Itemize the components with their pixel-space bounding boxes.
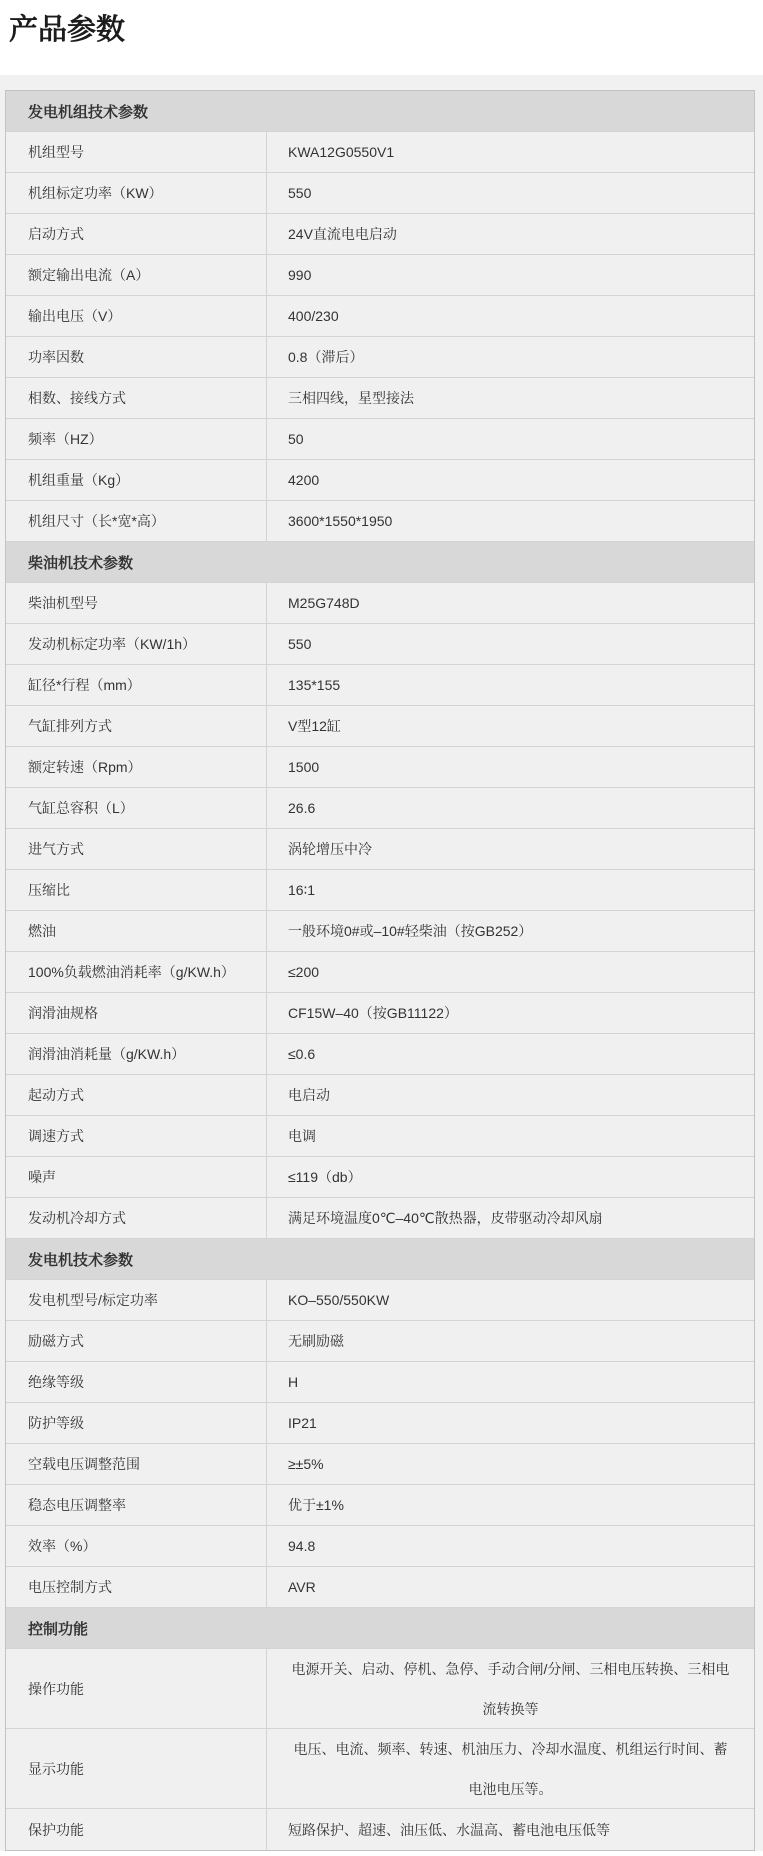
spec-label-cell: 额定转速（Rpm） [6,747,267,787]
spec-label-cell: 气缸排列方式 [6,706,267,746]
spec-label: 气缸排列方式 [28,716,112,736]
section-header-label: 控制功能 [28,1618,88,1639]
spec-value: 满足环境温度0℃–40℃散热器，皮带驱动冷却风扇 [288,1208,603,1228]
spec-value: 电源开关、启动、停机、急停、手动合闸/分闸、三相电压转换、三相电流转换等 [287,1649,734,1729]
spec-label: 保护功能 [28,1820,84,1840]
spec-label: 燃油 [28,921,56,941]
spec-table: 发电机组技术参数机组型号KWA12G0550V1机组标定功率（KW）550启动方… [5,90,755,1851]
spec-row: 励磁方式无刷励磁 [6,1321,754,1362]
spec-value-cell: 50 [267,419,754,459]
spec-value-cell: IP21 [267,1403,754,1443]
spec-label: 电压控制方式 [28,1577,112,1597]
spec-label: 发电机型号/标定功率 [28,1290,158,1310]
spec-value-cell: 3600*1550*1950 [267,501,754,541]
spec-label-cell: 相数、接线方式 [6,378,267,418]
spec-label-cell: 输出电压（V） [6,296,267,336]
spec-label: 机组重量（Kg） [28,470,129,490]
spec-label: 缸径*行程（mm） [28,675,141,695]
spec-row: 额定输出电流（A）990 [6,255,754,296]
spec-label-cell: 功率因数 [6,337,267,377]
spec-label: 额定转速（Rpm） [28,757,142,777]
spec-row: 气缸总容积（L）26.6 [6,788,754,829]
spec-label-cell: 发动机标定功率（KW/1h） [6,624,267,664]
spec-label-cell: 润滑油规格 [6,993,267,1033]
spec-row: 润滑油规格CF15W–40（按GB11122） [6,993,754,1034]
spec-row: 进气方式涡轮增压中冷 [6,829,754,870]
spec-label-cell: 噪声 [6,1157,267,1197]
spec-label: 频率（HZ） [28,429,103,449]
spec-value-cell: 优于±1% [267,1485,754,1525]
spec-row: 防护等级IP21 [6,1403,754,1444]
spec-value-cell: 26.6 [267,788,754,828]
spec-value: 三相四线，星型接法 [288,388,414,408]
spec-value: 4200 [288,472,319,488]
spec-value: 50 [288,431,304,447]
spec-row: 功率因数0.8（滞后） [6,337,754,378]
spec-label: 操作功能 [28,1679,84,1699]
spec-value: ≤200 [288,964,319,980]
spec-label-cell: 防护等级 [6,1403,267,1443]
spec-value-cell: 电调 [267,1116,754,1156]
spec-row: 燃油一般环境0#或–10#轻柴油（按GB252） [6,911,754,952]
spec-value-cell: 电源开关、启动、停机、急停、手动合闸/分闸、三相电压转换、三相电流转换等 [267,1649,754,1728]
spec-label-cell: 柴油机型号 [6,583,267,623]
section-header: 发电机组技术参数 [6,91,754,132]
spec-label-cell: 空载电压调整范围 [6,1444,267,1484]
spec-row: 缸径*行程（mm）135*155 [6,665,754,706]
spec-label: 相数、接线方式 [28,388,126,408]
spec-value: ≤119（db） [288,1167,362,1187]
spec-value-cell: ≤200 [267,952,754,992]
spec-value: 135*155 [288,677,340,693]
spec-label-cell: 燃油 [6,911,267,951]
spec-value-cell: H [267,1362,754,1402]
spec-label: 绝缘等级 [28,1372,84,1392]
spec-label-cell: 压缩比 [6,870,267,910]
spec-value-cell: KO–550/550KW [267,1280,754,1320]
spec-value: CF15W–40（按GB11122） [288,1003,458,1023]
spec-value: 涡轮增压中冷 [288,839,372,859]
spec-label: 进气方式 [28,839,84,859]
spec-row: 100%负载燃油消耗率（g/KW.h）≤200 [6,952,754,993]
spec-label-cell: 启动方式 [6,214,267,254]
spec-label-cell: 进气方式 [6,829,267,869]
spec-label: 稳态电压调整率 [28,1495,126,1515]
spec-value: 400/230 [288,308,339,324]
spec-label-cell: 励磁方式 [6,1321,267,1361]
spec-label-cell: 绝缘等级 [6,1362,267,1402]
spec-row: 起动方式电启动 [6,1075,754,1116]
spec-row: 调速方式电调 [6,1116,754,1157]
spec-value-cell: 满足环境温度0℃–40℃散热器，皮带驱动冷却风扇 [267,1198,754,1238]
spec-row: 空载电压调整范围≥±5% [6,1444,754,1485]
spec-value-cell: 550 [267,624,754,664]
spec-row: 发动机标定功率（KW/1h）550 [6,624,754,665]
spec-row: 发电机型号/标定功率KO–550/550KW [6,1280,754,1321]
spec-row: 发动机冷却方式满足环境温度0℃–40℃散热器，皮带驱动冷却风扇 [6,1198,754,1239]
spec-row: 机组重量（Kg）4200 [6,460,754,501]
spec-value: 优于±1% [288,1495,344,1515]
spec-row: 绝缘等级H [6,1362,754,1403]
spec-value-cell: 550 [267,173,754,213]
spec-label: 效率（%） [28,1536,96,1556]
spec-value-cell: 短路保护、超速、油压低、水温高、蓄电池电压低等 [267,1809,754,1850]
spec-panel: 发电机组技术参数机组型号KWA12G0550V1机组标定功率（KW）550启动方… [0,75,763,1851]
spec-label: 额定输出电流（A） [28,265,149,285]
spec-value-cell: 4200 [267,460,754,500]
section-header: 发电机技术参数 [6,1239,754,1280]
spec-value: AVR [288,1579,316,1595]
spec-row: 机组尺寸（长*宽*高）3600*1550*1950 [6,501,754,542]
spec-row: 启动方式24V直流电电启动 [6,214,754,255]
spec-label-cell: 额定输出电流（A） [6,255,267,295]
spec-label-cell: 气缸总容积（L） [6,788,267,828]
spec-row: 额定转速（Rpm）1500 [6,747,754,788]
spec-value-cell: 24V直流电电启动 [267,214,754,254]
spec-label-cell: 缸径*行程（mm） [6,665,267,705]
spec-value: 电压、电流、频率、转速、机油压力、冷却水温度、机组运行时间、蓄电池电压等。 [287,1729,734,1809]
spec-value-cell: M25G748D [267,583,754,623]
spec-label-cell: 电压控制方式 [6,1567,267,1607]
spec-label: 润滑油消耗量（g/KW.h） [28,1044,185,1064]
spec-value: ≤0.6 [288,1046,315,1062]
spec-row: 保护功能短路保护、超速、油压低、水温高、蓄电池电压低等 [6,1809,754,1850]
section-header-label: 发电机技术参数 [28,1249,133,1270]
spec-value: 短路保护、超速、油压低、水温高、蓄电池电压低等 [288,1820,610,1840]
spec-row: 压缩比16∶1 [6,870,754,911]
spec-value: 0.8（滞后） [288,347,363,367]
section-header-label: 发电机组技术参数 [28,101,148,122]
spec-label-cell: 起动方式 [6,1075,267,1115]
spec-label-cell: 机组型号 [6,132,267,172]
spec-row: 稳态电压调整率优于±1% [6,1485,754,1526]
spec-value: H [288,1374,298,1390]
spec-label-cell: 操作功能 [6,1649,267,1728]
spec-value-cell: 涡轮增压中冷 [267,829,754,869]
section-header: 控制功能 [6,1608,754,1649]
spec-value: 无刷励磁 [288,1331,344,1351]
spec-value-cell: 0.8（滞后） [267,337,754,377]
spec-label-cell: 发动机冷却方式 [6,1198,267,1238]
spec-label: 气缸总容积（L） [28,798,134,818]
spec-value-cell: 94.8 [267,1526,754,1566]
spec-value: 990 [288,267,311,283]
spec-label-cell: 保护功能 [6,1809,267,1850]
spec-value-cell: 一般环境0#或–10#轻柴油（按GB252） [267,911,754,951]
spec-row: 效率（%）94.8 [6,1526,754,1567]
spec-label-cell: 润滑油消耗量（g/KW.h） [6,1034,267,1074]
spec-row: 润滑油消耗量（g/KW.h）≤0.6 [6,1034,754,1075]
spec-label: 输出电压（V） [28,306,121,326]
spec-label: 机组尺寸（长*宽*高） [28,511,165,531]
spec-label: 励磁方式 [28,1331,84,1351]
spec-row: 噪声≤119（db） [6,1157,754,1198]
spec-value: 电调 [288,1126,316,1146]
spec-row: 频率（HZ）50 [6,419,754,460]
spec-label-cell: 调速方式 [6,1116,267,1156]
spec-label: 润滑油规格 [28,1003,98,1023]
spec-value: V型12缸 [288,716,341,736]
spec-value: 1500 [288,759,319,775]
spec-label: 显示功能 [28,1759,84,1779]
spec-value-cell: AVR [267,1567,754,1607]
spec-value-cell: ≤0.6 [267,1034,754,1074]
spec-value: M25G748D [288,595,360,611]
spec-row: 机组型号KWA12G0550V1 [6,132,754,173]
spec-value-cell: 无刷励磁 [267,1321,754,1361]
spec-value-cell: 135*155 [267,665,754,705]
spec-value-cell: ≥±5% [267,1444,754,1484]
spec-value-cell: 电压、电流、频率、转速、机油压力、冷却水温度、机组运行时间、蓄电池电压等。 [267,1729,754,1808]
section-header: 柴油机技术参数 [6,542,754,583]
spec-label: 机组标定功率（KW） [28,183,163,203]
spec-value: 26.6 [288,800,315,816]
spec-label: 压缩比 [28,880,70,900]
spec-value-cell: 400/230 [267,296,754,336]
spec-label: 启动方式 [28,224,84,244]
spec-label-cell: 机组尺寸（长*宽*高） [6,501,267,541]
spec-label: 起动方式 [28,1085,84,1105]
spec-value: 电启动 [288,1085,330,1105]
spec-label: 功率因数 [28,347,84,367]
spec-label: 噪声 [28,1167,56,1187]
spec-row: 相数、接线方式三相四线，星型接法 [6,378,754,419]
spec-label: 空载电压调整范围 [28,1454,140,1474]
spec-label-cell: 机组重量（Kg） [6,460,267,500]
spec-value: ≥±5% [288,1456,324,1472]
spec-label-cell: 机组标定功率（KW） [6,173,267,213]
spec-label-cell: 稳态电压调整率 [6,1485,267,1525]
spec-value: 3600*1550*1950 [288,513,392,529]
spec-value-cell: 三相四线，星型接法 [267,378,754,418]
spec-label: 调速方式 [28,1126,84,1146]
spec-value-cell: 1500 [267,747,754,787]
spec-value: 550 [288,636,311,652]
spec-label: 柴油机型号 [28,593,98,613]
spec-label: 防护等级 [28,1413,84,1433]
spec-row: 电压控制方式AVR [6,1567,754,1608]
spec-label-cell: 100%负载燃油消耗率（g/KW.h） [6,952,267,992]
spec-value: KO–550/550KW [288,1292,389,1308]
spec-row: 机组标定功率（KW）550 [6,173,754,214]
spec-row: 输出电压（V）400/230 [6,296,754,337]
spec-label: 发动机冷却方式 [28,1208,126,1228]
spec-value-cell: 电启动 [267,1075,754,1115]
spec-label: 机组型号 [28,142,84,162]
spec-row: 气缸排列方式V型12缸 [6,706,754,747]
spec-label: 发动机标定功率（KW/1h） [28,634,196,654]
spec-value-cell: 16∶1 [267,870,754,910]
spec-value: 16∶1 [288,882,315,899]
spec-label-cell: 效率（%） [6,1526,267,1566]
spec-value: 一般环境0#或–10#轻柴油（按GB252） [288,921,532,941]
spec-row: 显示功能电压、电流、频率、转速、机油压力、冷却水温度、机组运行时间、蓄电池电压等… [6,1729,754,1809]
spec-value: 24V直流电电启动 [288,224,397,244]
spec-value: IP21 [288,1415,317,1431]
spec-label-cell: 频率（HZ） [6,419,267,459]
spec-value: 94.8 [288,1538,315,1554]
spec-value-cell: KWA12G0550V1 [267,132,754,172]
spec-value: KWA12G0550V1 [288,144,394,160]
spec-label-cell: 发电机型号/标定功率 [6,1280,267,1320]
spec-value-cell: ≤119（db） [267,1157,754,1197]
spec-value-cell: 990 [267,255,754,295]
spec-row: 操作功能电源开关、启动、停机、急停、手动合闸/分闸、三相电压转换、三相电流转换等 [6,1649,754,1729]
spec-value: 550 [288,185,311,201]
spec-value-cell: V型12缸 [267,706,754,746]
spec-label: 100%负载燃油消耗率（g/KW.h） [28,962,235,982]
section-header-label: 柴油机技术参数 [28,552,133,573]
spec-row: 柴油机型号M25G748D [6,583,754,624]
spec-value-cell: CF15W–40（按GB11122） [267,993,754,1033]
page-title: 产品参数 [9,10,763,50]
spec-label-cell: 显示功能 [6,1729,267,1808]
